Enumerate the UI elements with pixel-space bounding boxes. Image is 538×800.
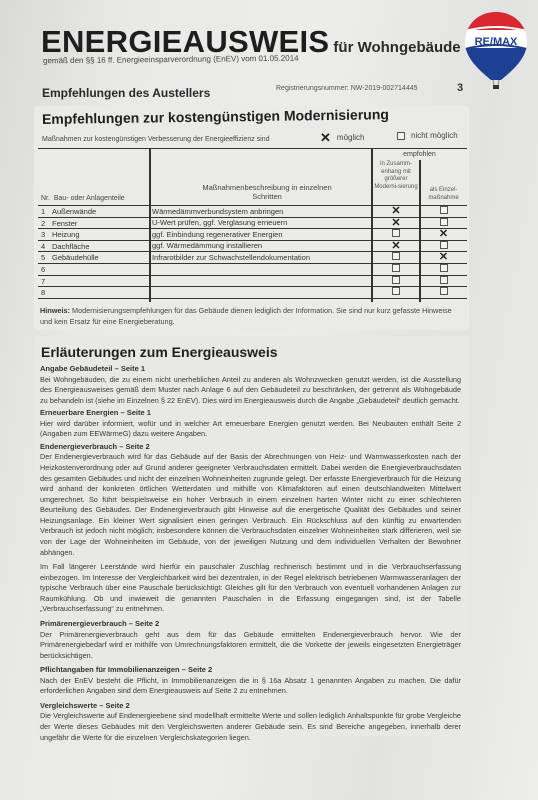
section-heading: Pflichtangaben für Immobilienanzeigen – … — [40, 665, 461, 676]
explanation-section: Erneuerbare Energien – Seite 1Hier wird … — [40, 408, 461, 440]
row-part: Gebäudehülle — [52, 253, 99, 262]
row-part: Außenwände — [52, 207, 96, 216]
hint-label: Hinweis: — [40, 306, 70, 315]
empty-checkbox-icon[interactable] — [392, 229, 400, 237]
row-number: 8 — [41, 288, 51, 297]
checked-x-icon[interactable]: ✕ — [439, 228, 448, 240]
empty-checkbox-icon[interactable] — [440, 241, 448, 249]
header-combined: in Zusamm-enhang mit größerer Moderni-si… — [372, 161, 420, 191]
combined-checkbox[interactable] — [372, 287, 420, 297]
row-part: Dachfläche — [52, 242, 90, 251]
table-row: 7 — [38, 276, 467, 288]
recommendations-table: Nr. Bau- oder Anlagenteile Maßnahmenbesc… — [38, 148, 467, 299]
explanations-title: Erläuterungen zum Energieausweis — [41, 344, 278, 360]
table-row: 5GebäudehülleInfrarotbilder zur Schwachs… — [38, 252, 467, 264]
single-checkbox[interactable] — [420, 276, 467, 286]
table-row: 6 — [38, 264, 467, 276]
explanation-section: Angabe Gebäudeteil – Seite 1Bei Wohngebä… — [40, 364, 461, 406]
row-description: Infrarotbilder zur Schwachstellendokumen… — [152, 253, 310, 262]
section-heading: Vergleichswerte – Seite 2 — [40, 701, 461, 712]
empty-checkbox-icon[interactable] — [392, 287, 400, 295]
single-checkbox[interactable] — [420, 206, 467, 216]
combined-checkbox[interactable] — [372, 252, 420, 262]
empty-checkbox-icon[interactable] — [392, 276, 400, 284]
empty-checkbox-icon[interactable] — [440, 276, 448, 284]
table-row: 4Dachflächeggf. Wärmedämmung installiere… — [38, 241, 467, 253]
section-heading: Primärenergieverbrauch – Seite 2 — [40, 619, 461, 630]
combined-checkbox[interactable] — [372, 264, 420, 274]
single-checkbox[interactable] — [420, 287, 467, 297]
checked-x-icon: ✕ — [320, 131, 331, 144]
combined-checkbox[interactable]: ✕ — [372, 206, 420, 217]
section-paragraph: Die Vergleichswerte auf Endenergieebene … — [40, 711, 461, 743]
header-single: als Einzel-maßnahme — [420, 187, 467, 202]
section-paragraph: Im Fall längerer Leerstände wird hierfür… — [40, 562, 461, 615]
hint-text: Modernisierungsempfehlungen für das Gebä… — [40, 306, 452, 326]
empty-checkbox-icon[interactable] — [440, 218, 448, 226]
remax-balloon-logo-icon: RE/MAX — [463, 10, 529, 92]
explanation-section: Primärenergieverbrauch – Seite 2Der Prim… — [40, 619, 461, 661]
energy-certificate-page: ENERGIEAUSWEIS für Wohngebäude gemäß den… — [0, 0, 538, 800]
legend-not-possible: nicht möglich — [397, 131, 458, 140]
section-heading: Erneuerbare Energien – Seite 1 — [40, 408, 461, 419]
row-part: Heizung — [52, 230, 80, 239]
row-description: U-Wert prüfen, ggf. Verglasung erneuern — [152, 218, 287, 227]
checked-x-icon[interactable]: ✕ — [391, 217, 400, 229]
title-suffix: für Wohngebäude — [333, 39, 460, 56]
combined-checkbox[interactable]: ✕ — [372, 241, 420, 252]
table-row: 8 — [38, 287, 467, 299]
section-paragraph: Der Endenergieverbrauch wird für das Geb… — [40, 452, 461, 558]
empty-checkbox-icon[interactable] — [440, 206, 448, 214]
row-number: 3 — [41, 230, 51, 239]
header-recommended: empfohlen — [372, 151, 467, 158]
single-checkbox[interactable] — [420, 218, 467, 228]
section-paragraph: Hier wird darüber informiert, wofür und … — [40, 419, 461, 440]
empty-checkbox-icon — [397, 132, 405, 140]
table-header: Nr. Bau- oder Anlagenteile Maßnahmenbesc… — [38, 148, 467, 206]
combined-checkbox[interactable] — [372, 276, 420, 286]
hint-note: Hinweis: Modernisierungsempfehlungen für… — [40, 306, 460, 327]
row-part: Fenster — [52, 219, 77, 228]
combined-checkbox[interactable]: ✕ — [372, 218, 420, 229]
legal-subtitle: gemäß den §§ 16 ff. Energieeinsparverord… — [43, 54, 299, 66]
empty-checkbox-icon[interactable] — [392, 252, 400, 260]
recommendations-subtitle: Maßnahmen zur kostengünstigen Verbesseru… — [42, 136, 270, 143]
section-heading: Angabe Gebäudeteil – Seite 1 — [40, 364, 461, 375]
combined-checkbox[interactable] — [372, 229, 420, 239]
row-description: Wärmedämmverbundsystem anbringen — [152, 207, 283, 216]
legend-possible: ✕ möglich — [320, 131, 364, 144]
section-paragraph: Bei Wohngebäuden, die zu einem nicht une… — [40, 375, 461, 407]
header-description: Maßnahmenbeschreibung in einzelnen Schri… — [188, 183, 346, 203]
legend-possible-label: möglich — [337, 133, 365, 142]
empty-checkbox-icon[interactable] — [392, 264, 400, 272]
single-checkbox[interactable] — [420, 241, 467, 251]
row-number: 5 — [41, 253, 51, 262]
explanation-sections: Angabe Gebäudeteil – Seite 1Bei Wohngebä… — [40, 362, 461, 743]
single-checkbox[interactable]: ✕ — [420, 229, 467, 240]
checked-x-icon[interactable]: ✕ — [439, 251, 448, 263]
checked-x-icon[interactable]: ✕ — [391, 205, 400, 217]
row-number: 2 — [41, 219, 51, 228]
row-number: 6 — [41, 265, 51, 274]
legend-not-possible-label: nicht möglich — [411, 131, 458, 140]
table-body: 1AußenwändeWärmedämmverbundsystem anbrin… — [38, 206, 467, 299]
checked-x-icon[interactable]: ✕ — [391, 240, 400, 252]
explanation-section: Pflichtangaben für Immobilienanzeigen – … — [40, 665, 461, 697]
table-row: 1AußenwändeWärmedämmverbundsystem anbrin… — [38, 206, 467, 218]
empty-checkbox-icon[interactable] — [440, 264, 448, 272]
explanation-section: Vergleichswerte – Seite 2Die Vergleichsw… — [40, 701, 461, 743]
row-number: 4 — [41, 242, 51, 251]
header-nr-part: Nr. Bau- oder Anlagenteile — [41, 195, 125, 202]
table-row: 2FensterU-Wert prüfen, ggf. Verglasung e… — [38, 218, 467, 230]
section-paragraph: Nach der EnEV besteht die Pflicht, in Im… — [40, 676, 461, 697]
row-description: ggf. Wärmedämmung installieren — [152, 241, 262, 250]
single-checkbox[interactable]: ✕ — [420, 252, 467, 263]
explanation-section: Endenergieverbrauch – Seite 2Der Endener… — [40, 442, 461, 615]
table-row: 3Heizungggf. Einbindung regenerativer En… — [38, 229, 467, 241]
registration-number: Registrierungsnummer: NW-2019-002714445 — [276, 85, 418, 92]
row-description: ggf. Einbindung regenerativer Energien — [152, 230, 283, 239]
section-label: Empfehlungen des Austellers — [42, 86, 210, 100]
empty-checkbox-icon[interactable] — [440, 287, 448, 295]
section-heading: Endenergieverbrauch – Seite 2 — [40, 442, 461, 453]
single-checkbox[interactable] — [420, 264, 467, 274]
logo-text: RE/MAX — [475, 36, 518, 48]
row-number: 7 — [41, 277, 51, 286]
row-number: 1 — [41, 207, 51, 216]
section-paragraph: Der Primärenergieverbrauch geht aus dem … — [40, 630, 461, 662]
